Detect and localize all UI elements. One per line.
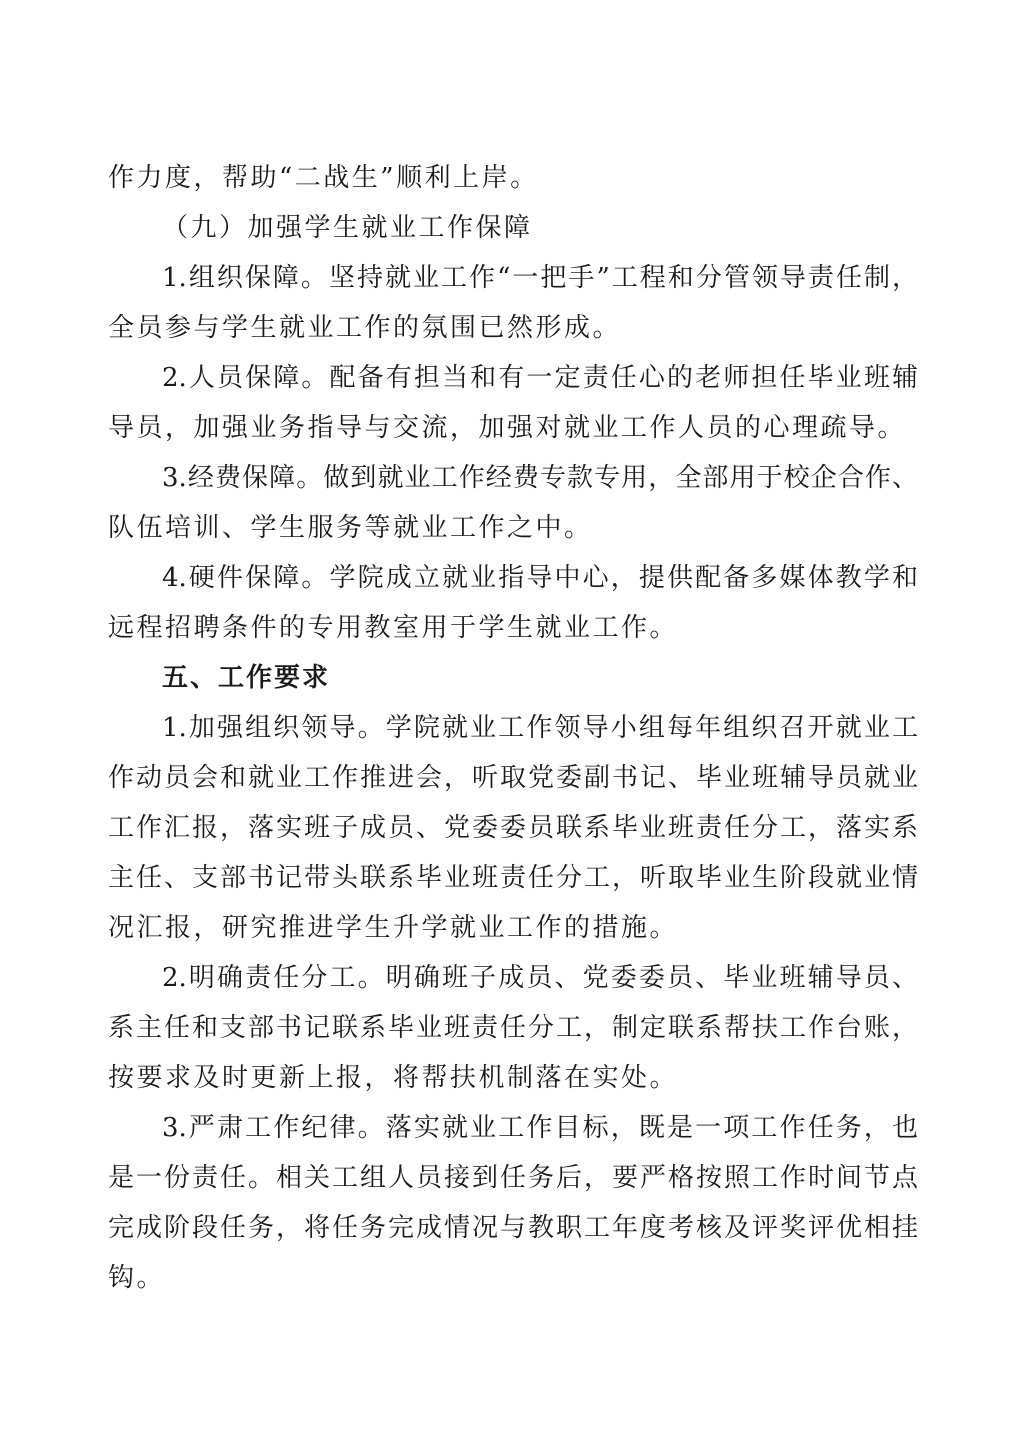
document-page: 作力度，帮助“二战生”顺利上岸。 （九）加强学生就业工作保障 1.组织保障。坚持… <box>108 153 918 1303</box>
text-line: 系主任和支部书记联系毕业班责任分工，制定联系帮扶工作台账， <box>108 1003 918 1053</box>
text-line: 作力度，帮助“二战生”顺利上岸。 <box>108 153 918 203</box>
text-line: 是一份责任。相关工组人员接到任务后，要严格按照工作时间节点 <box>108 1153 918 1203</box>
text-line: 队伍培训、学生服务等就业工作之中。 <box>108 503 918 553</box>
text-line: 2.明确责任分工。明确班子成员、党委委员、毕业班辅导员、 <box>108 953 918 1003</box>
text-line: 钩。 <box>108 1253 918 1303</box>
text-line: 工作汇报，落实班子成员、党委委员联系毕业班责任分工，落实系 <box>108 803 918 853</box>
text-line: 4.硬件保障。学院成立就业指导中心，提供配备多媒体教学和 <box>108 553 918 603</box>
text-line: 远程招聘条件的专用教室用于学生就业工作。 <box>108 603 918 653</box>
text-line: 主任、支部书记带头联系毕业班责任分工，听取毕业生阶段就业情 <box>108 853 918 903</box>
text-line: 2.人员保障。配备有担当和有一定责任心的老师担任毕业班辅 <box>108 353 918 403</box>
text-line: 导员，加强业务指导与交流，加强对就业工作人员的心理疏导。 <box>108 403 918 453</box>
text-line: 1.加强组织领导。学院就业工作领导小组每年组织召开就业工 <box>108 703 918 753</box>
section-heading-5: 五、工作要求 <box>108 653 918 703</box>
text-line: 3.严肃工作纪律。落实就业工作目标，既是一项工作任务，也 <box>108 1103 918 1153</box>
subheading-9: （九）加强学生就业工作保障 <box>108 203 918 253</box>
text-line: 1.组织保障。坚持就业工作“一把手”工程和分管领导责任制， <box>108 253 918 303</box>
text-line: 全员参与学生就业工作的氛围已然形成。 <box>108 303 918 353</box>
text-line: 完成阶段任务，将任务完成情况与教职工年度考核及评奖评优相挂 <box>108 1203 918 1253</box>
text-line: 按要求及时更新上报，将帮扶机制落在实处。 <box>108 1053 918 1103</box>
text-line: 作动员会和就业工作推进会，听取党委副书记、毕业班辅导员就业 <box>108 753 918 803</box>
text-line: 3.经费保障。做到就业工作经费专款专用，全部用于校企合作、 <box>108 453 918 503</box>
text-line: 况汇报，研究推进学生升学就业工作的措施。 <box>108 903 918 953</box>
